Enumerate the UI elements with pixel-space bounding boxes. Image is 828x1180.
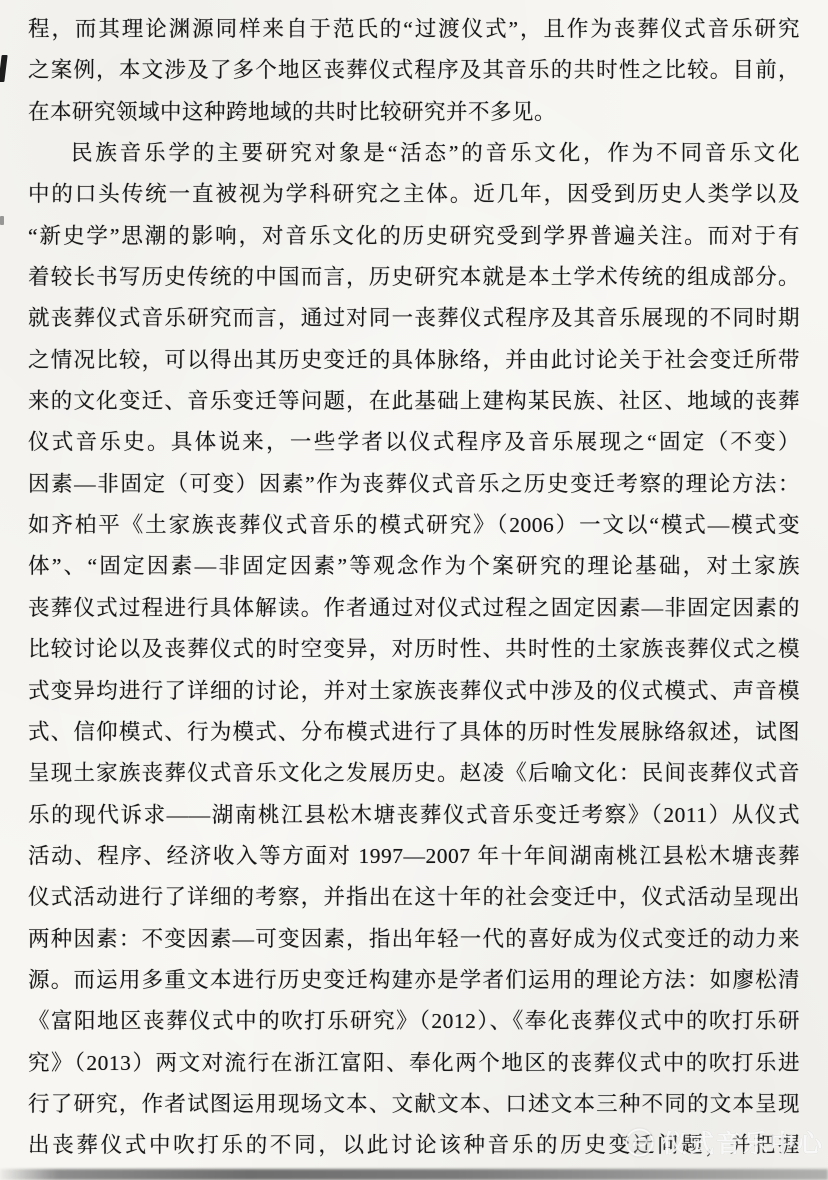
text-line: 着较长书写历史传统的中国而言，历史研究本就是本土学术传统的组成部分。	[28, 257, 800, 298]
text-line: 式、信仰模式、行为模式、分布模式进行了具体的历时性发展脉络叙述，试图	[28, 712, 800, 753]
text-line: 源。而运用多重文本进行历史变迁构建亦是学者们运用的理论方法：如廖松清	[28, 960, 800, 1001]
text-line-paragraph-end: 在本研究领域中这种跨地域的共时比较研究并不多见。	[28, 92, 800, 133]
text-line: 如齐柏平《土家族丧葬仪式音乐的模式研究》（2006）一文以“模式—模式变	[28, 505, 800, 546]
text-line: 因素—非固定（可变）因素”作为丧葬仪式音乐之历史变迁考察的理论方法：	[28, 464, 800, 505]
text-line: 体”、“固定因素—非固定因素”等观念作为个案研究的理论基础，对土家族	[28, 546, 800, 587]
text-line: 比较讨论以及丧葬仪式的时空变异，对历时性、共时性的土家族丧葬仪式之模	[28, 629, 800, 670]
text-line: 行了研究，作者试图运用现场文本、文献文本、口述文本三种不同的文本呈现	[28, 1084, 800, 1125]
bottom-divider-bar	[0, 1169, 828, 1180]
text-line: 之情况比较，可以得出其历史变迁的具体脉络，并由此讨论关于社会变迁所带	[28, 340, 800, 381]
document-body-text: 程，而其理论渊源同样来自于范氏的“过渡仪式”，且作为丧葬仪式音乐研究 之案例，本…	[28, 9, 800, 1167]
text-line: 呈现土家族丧葬仪式音乐文化之发展历史。赵凌《后喻文化：民间丧葬仪式音	[28, 753, 800, 794]
text-line-paragraph-start: 民族音乐学的主要研究对象是“活态”的音乐文化，作为不同音乐文化	[28, 133, 800, 174]
text-line: 程，而其理论渊源同样来自于范氏的“过渡仪式”，且作为丧葬仪式音乐研究	[28, 9, 800, 50]
text-line: 两种因素：不变因素—可变因素，指出年轻一代的喜好成为仪式变迁的动力来	[28, 919, 800, 960]
text-line: 出丧葬仪式中吹打乐的不同，以此讨论该种音乐的历史变迁问题，并把握	[28, 1125, 800, 1166]
text-line: 乐的现代诉求——湖南桃江县松木塘丧葬仪式音乐变迁考察》（2011）从仪式	[28, 795, 800, 836]
text-line: 活动、程序、经济收入等方面对 1997—2007 年十年间湖南桃江县松木塘丧葬	[28, 836, 800, 877]
text-line: “新史学”思潮的影响，对音乐文化的历史研究受到学界普遍关注。而对于有	[28, 216, 800, 257]
text-line: 丧葬仪式过程进行具体解读。作者通过对仪式过程之固定因素—非固定因素的	[28, 588, 800, 629]
left-edge-scan-artifact	[0, 55, 8, 82]
text-line: 仪式音乐史。具体说来，一些学者以仪式程序及音乐展现之“固定（不变）	[28, 422, 800, 463]
text-line: 之案例，本文涉及了多个地区丧葬仪式程序及其音乐的共时性之比较。目前，	[28, 50, 800, 91]
text-line: 仪式活动进行了详细的考察，并指出在这十年的社会变迁中，仪式活动呈现出	[28, 877, 800, 918]
text-line: 就丧葬仪式音乐研究而言，通过对同一丧葬仪式程序及其音乐展现的不同时期	[28, 298, 800, 339]
text-line: 中的口头传统一直被视为学科研究之主体。近几年，因受到历史人类学以及	[28, 174, 800, 215]
scanned-document-page: { "page": { "background_color": "#f7f6f2…	[0, 0, 828, 1180]
text-line: 式变异均进行了详细的讨论，并对土家族丧葬仪式中涉及的仪式模式、声音模	[28, 671, 800, 712]
left-edge-scan-speck	[0, 216, 4, 225]
text-line: 究》（2013）两文对流行在浙江富阳、奉化两个地区的丧葬仪式中的吹打乐进	[28, 1043, 800, 1084]
text-line: 《富阳地区丧葬仪式中的吹打乐研究》（2012）、《奉化丧葬仪式中的吹打乐研	[28, 1001, 800, 1042]
text-line: 来的文化变迁、音乐变迁等问题，在此基础上建构某民族、社区、地域的丧葬	[28, 381, 800, 422]
